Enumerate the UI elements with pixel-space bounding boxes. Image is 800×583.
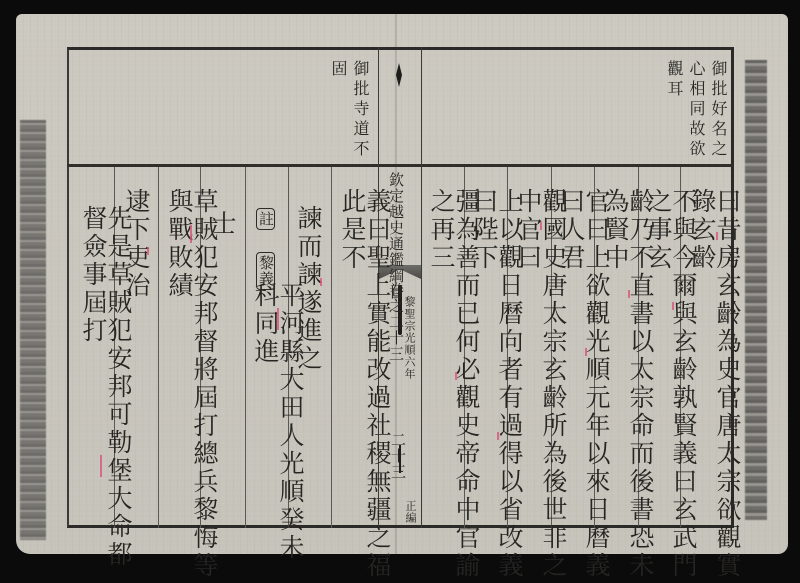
page-number: 二十三: [390, 432, 405, 480]
note-marker: 註 黎義: [256, 208, 275, 290]
red-punctuation-mark: [455, 372, 457, 380]
column-rule: [158, 167, 159, 528]
header-note-line: 御批寺道不: [352, 60, 368, 160]
left-page-edge: [20, 120, 46, 540]
red-punctuation-mark: [716, 232, 718, 240]
header-note-line: 固: [330, 60, 346, 80]
right-page-edge: [745, 60, 767, 520]
header-note-line: 心相同故欲: [688, 60, 704, 160]
note-label-annotation: 註: [256, 208, 275, 230]
red-punctuation-mark: [497, 432, 499, 440]
column-rule: [245, 167, 246, 528]
red-punctuation-mark: [628, 290, 630, 298]
section-label: 正編: [405, 500, 416, 524]
header-note-line: 觀耳: [666, 60, 682, 100]
reign-label: 黎聖宗光順六年: [404, 296, 415, 380]
text-column: 草賊犯安邦督將屆打總兵黎悔等與戰敗績: [167, 188, 217, 583]
red-punctuation-mark: [320, 278, 322, 286]
red-punctuation-mark: [147, 247, 149, 255]
red-punctuation-mark: [277, 308, 279, 330]
text-column: 彊為善而已何必觀史帝命中官諭之再三: [429, 188, 479, 583]
red-punctuation-mark: [672, 302, 674, 310]
red-punctuation-mark: [585, 348, 587, 356]
header-note-line: 御批好名之: [710, 60, 726, 160]
red-punctuation-mark: [190, 225, 192, 243]
text-column: 義曰聖上實能改過社稷無疆之福此是不: [340, 188, 390, 583]
column-rule: [331, 167, 332, 528]
text-column: 先是草賊犯安邦可勒堡大命都督僉事屆打: [81, 205, 131, 583]
red-punctuation-mark: [100, 455, 102, 477]
red-punctuation-mark: [540, 222, 542, 230]
